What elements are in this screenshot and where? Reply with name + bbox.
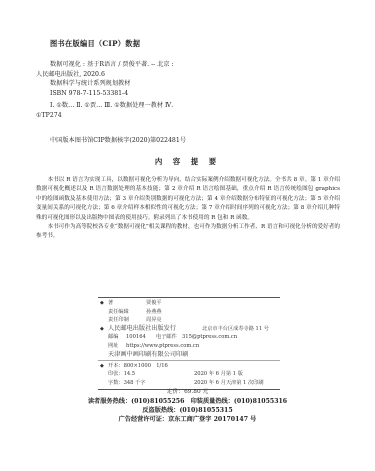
postcode: 100164 [126, 333, 156, 342]
publisher-address: 北京市丰台区成寿寺路 11 号 [202, 325, 269, 334]
printing-label: 责任印制 [98, 316, 146, 325]
website: https://www.ptpress.com.cn [126, 342, 199, 351]
diamond-bullet-icon: ◆ [100, 325, 104, 334]
author: 贾俊平 [146, 299, 162, 308]
summary-body: 本书以 R 语言为实现工具，以数据可视化分析为导向，结合实际案例介绍数据可视化方… [36, 176, 340, 242]
advertising-license: 广告经营许可证：京东工商广登字 20170147 号 [0, 414, 375, 423]
summary-paragraph: 本书以 R 语言为实现工具，以数据可视化分析为导向，结合实际案例介绍数据可视化方… [36, 176, 340, 223]
anti-piracy-hotline: 反盗版热线：(010)81055315 [0, 405, 375, 414]
website-label: 网址 [98, 342, 126, 351]
summary-title: 内 容 提 要 [0, 156, 375, 167]
cip-data-block: 数据可视化 : 基于R语言 / 贾俊平著. -- 北京 : 人民邮电出版社, 2… [36, 60, 336, 98]
summary-paragraph: 本书可作为高等院校各专业“数据可视化”相关课程的教材，也可作为数据分析工作者、R… [36, 223, 340, 242]
edition: 2020 年 6 月第 1 版 [194, 370, 243, 379]
classification-line: Ⅰ. ①数… Ⅱ. ①贾… Ⅲ. ①数据处理一教材 Ⅳ. [36, 101, 173, 111]
divider [98, 297, 280, 298]
divider [98, 360, 280, 361]
book-format: 开本：800×1000 1/16 [98, 362, 168, 371]
cip-line: 数据可视化 : 基于R语言 / 贾俊平著. -- 北京 : [36, 60, 336, 70]
email-label: 电子邮件 [156, 333, 182, 342]
price: 定价：69.80 元 [0, 386, 375, 395]
printer: 天津画中画印刷有限公司印刷 [98, 351, 188, 360]
cip-record-number: 中国版本图书馆CIP数据核字(2020)第022481号 [50, 135, 186, 144]
editor: 孙燕燕 [146, 308, 162, 317]
editor-label: 责任编辑 [98, 308, 146, 317]
cip-line: ISBN 978-7-115-53381-4 [36, 89, 336, 99]
classification-line: ①TP274 [36, 111, 173, 121]
cip-classification: Ⅰ. ①数… Ⅱ. ①贾… Ⅲ. ①数据处理一教材 Ⅳ. ①TP274 [36, 101, 173, 120]
email: 315@ptpress.com.cn [182, 333, 237, 342]
cip-line: 人民邮电出版社, 2020.6 [36, 70, 336, 80]
diamond-bullet-icon: ◆ [100, 362, 104, 371]
diamond-bullet-icon: ◆ [100, 299, 104, 308]
cip-title: 图书在版编目（CIP）数据 [50, 39, 140, 49]
publisher: 人民邮电出版社出版发行 [98, 325, 202, 334]
imprint-block: ◆ 著 贾俊平 责任编辑 孙燕燕 责任印制 周昇亮 ◆ 人民邮电出版社出版发行 … [98, 297, 280, 390]
postcode-label: 邮编 [98, 333, 126, 342]
cip-line: 数据科学与统计系列规划教材 [36, 79, 336, 89]
reader-service-hotline: 读者服务热线：(010)81055256 印装质量热线：(010)8105531… [0, 396, 375, 405]
printing-manager: 周昇亮 [146, 316, 162, 325]
author-label: 著 [98, 299, 146, 308]
printed-sheets: 印张：14.5 [98, 370, 194, 379]
